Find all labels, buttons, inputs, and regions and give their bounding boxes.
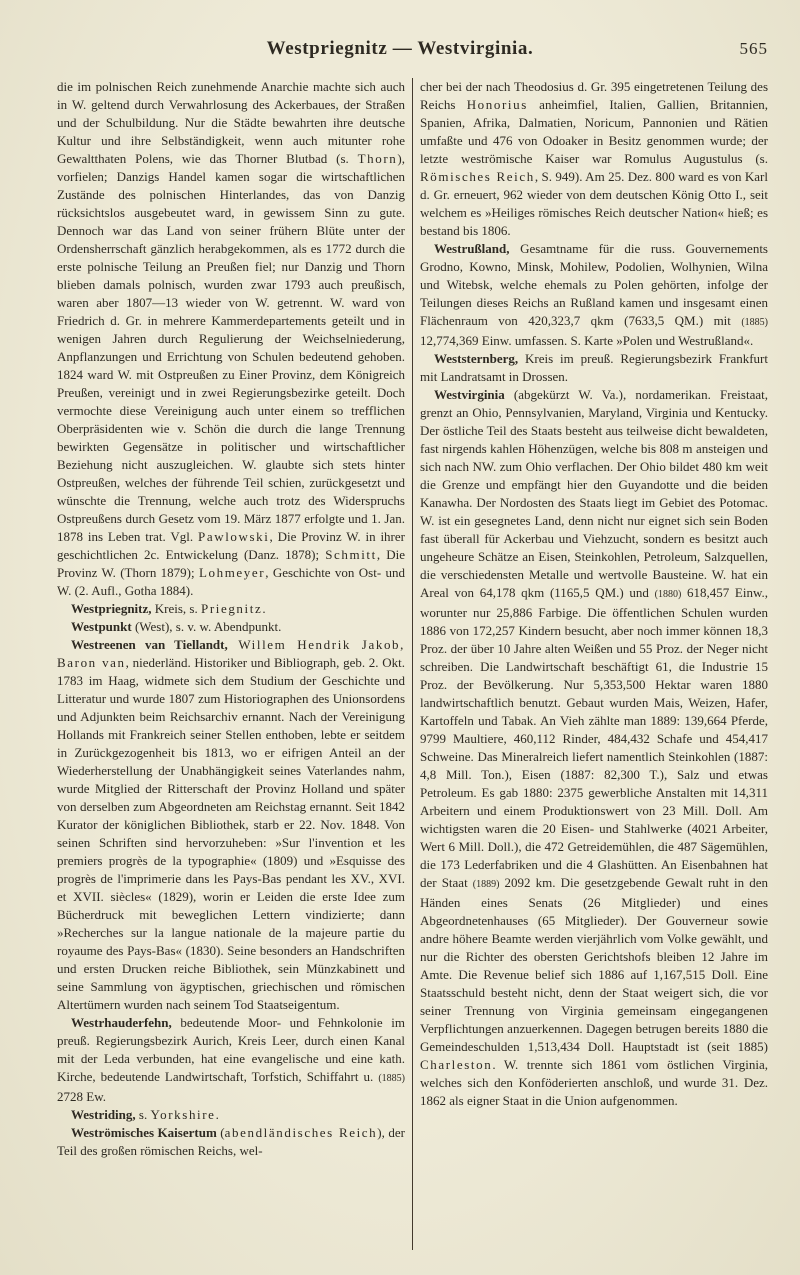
entry-westriding: Westriding, s. Yorkshire.	[57, 1106, 405, 1124]
text-run: Römisches Reich	[420, 169, 535, 184]
entry-westpunkt: Westpunkt (West), s. v. w. Abendpunkt.	[57, 618, 405, 636]
text-run: Priegnitz	[201, 601, 262, 616]
right-column: cher bei der nach Theodosius d. Gr. 395 …	[420, 78, 768, 1250]
text-run: s.	[136, 1107, 151, 1122]
text-run: , niederländ. Historiker und Bibliograph…	[57, 655, 405, 1012]
text-run: (abgekürzt W. Va.), nordamerikan. Freist…	[420, 387, 768, 600]
entry-westrhauderfehn: Westrhauderfehn, bedeutende Moor- und Fe…	[57, 1014, 405, 1106]
text-run: ), vorfielen; Danzigs Handel kamen sogar…	[57, 151, 405, 544]
entry-westroemisches-kaisertum: Weströmisches Kaisertum (abendländisches…	[57, 1124, 405, 1160]
text-run: Westrhauderfehn,	[71, 1015, 172, 1030]
text-run: abendländisches Reich	[225, 1125, 378, 1140]
entry-westpriegnitz: Westpriegnitz, Kreis, s. Priegnitz.	[57, 600, 405, 618]
text-run: Westrußland,	[434, 241, 510, 256]
entry-westroemisches-kaisertum-continuation: cher bei der nach Theodosius d. Gr. 395 …	[420, 78, 768, 240]
text-run: Weströmisches Kaisertum	[71, 1125, 217, 1140]
text-run: Schmitt	[325, 547, 377, 562]
text-run: Lohmeyer	[199, 565, 265, 580]
text-run: 12,774,369 Einw. umfassen. S. Karte »Pol…	[420, 333, 753, 348]
text-run: .	[262, 601, 265, 616]
text-run: Westvirginia	[434, 387, 505, 402]
text-run: Westpunkt	[71, 619, 132, 634]
text-run: (1885)	[378, 1073, 405, 1084]
text-run: Honorius	[467, 97, 528, 112]
entry-westrussland: Westrußland, Gesamtname für die russ. Go…	[420, 240, 768, 350]
left-column: die im polnischen Reich zunehmende Anarc…	[57, 78, 405, 1250]
text-run: Charleston	[420, 1057, 492, 1072]
encyclopedia-page: Westpriegnitz — Westvirginia. 565 die im…	[0, 0, 800, 1275]
entry-westreenen-van-tiellandt: Westreenen van Tiellandt, Willem Hendrik…	[57, 636, 405, 1014]
text-run: .	[216, 1107, 219, 1122]
entry-weststernberg: Weststernberg, Kreis im preuß. Regierung…	[420, 350, 768, 386]
text-run: Westpriegnitz,	[71, 601, 152, 616]
text-run: 618,457 Einw., worunter nur 25,886 Farbi…	[420, 585, 768, 890]
text-run: Kreis, s.	[152, 601, 201, 616]
text-run: Pawlowski	[198, 529, 269, 544]
text-run: (	[217, 1125, 225, 1140]
text-run: Thorn	[358, 151, 398, 166]
text-run: (1880)	[655, 589, 682, 600]
entry-westvirginia: Westvirginia (abgekürzt W. Va.), nordame…	[420, 386, 768, 1110]
text-run: Westreenen van Tiellandt,	[71, 637, 228, 652]
text-run: Weststernberg,	[434, 351, 518, 366]
running-head: Westpriegnitz — Westvirginia. 565	[0, 38, 800, 64]
text-run: 2092 km. Die gesetzgebende Gewalt ruht i…	[420, 875, 768, 1054]
text-run: (West), s. v. w. Abendpunkt.	[132, 619, 282, 634]
text-run: Yorkshire	[150, 1107, 215, 1122]
text-run: 2728 Ew.	[57, 1089, 106, 1104]
text-run: (1885)	[741, 317, 768, 328]
running-header-title: Westpriegnitz — Westvirginia.	[0, 38, 800, 60]
column-divider-rule	[412, 78, 413, 1250]
entry-westpreussen-continuation: die im polnischen Reich zunehmende Anarc…	[57, 78, 405, 600]
page-number: 565	[740, 39, 769, 59]
text-run: die im polnischen Reich zunehmende Anarc…	[57, 79, 405, 166]
text-run: Westriding,	[71, 1107, 136, 1122]
text-block: die im polnischen Reich zunehmende Anarc…	[57, 78, 768, 1250]
text-run: (1889)	[473, 879, 500, 890]
